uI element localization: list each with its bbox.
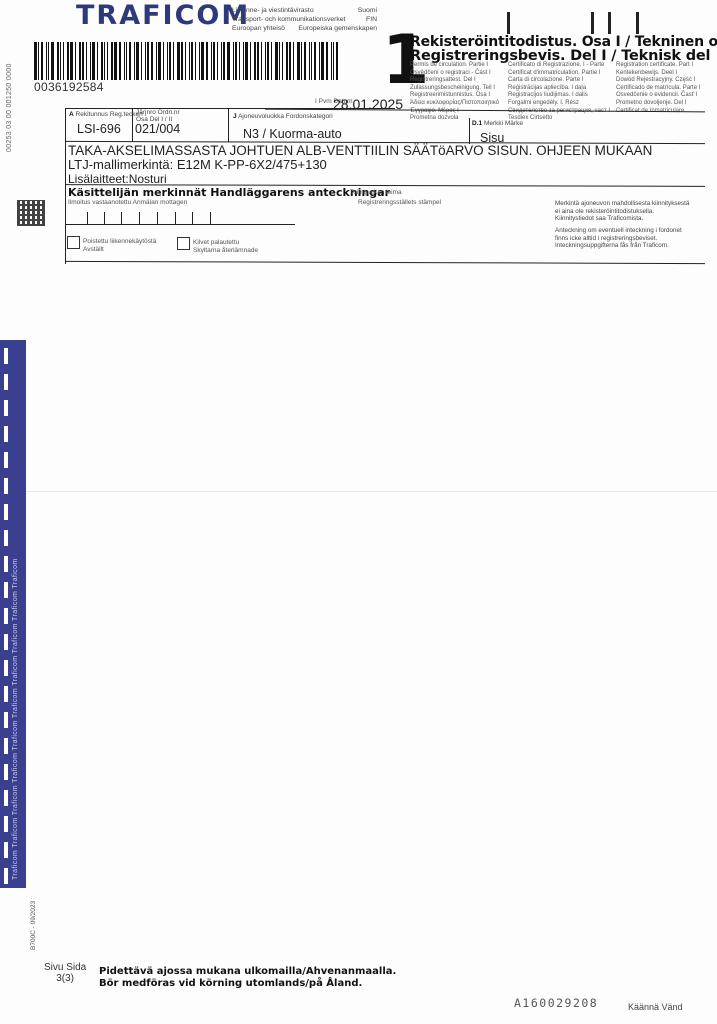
lang-title: Carta di circolazione. Parte I bbox=[508, 77, 610, 85]
tick-mark bbox=[591, 12, 594, 34]
page-label: Sivu Sida bbox=[44, 962, 86, 973]
removed-from-traffic-label: Poistettu liikennekäytöstäAvställt bbox=[83, 238, 156, 254]
security-band-text: Traficom Traficom Traficom Traficom Traf… bbox=[12, 558, 19, 880]
lang-title: Certificat d'immatriculation. Partie I bbox=[508, 70, 610, 78]
page-value: 3(3) bbox=[44, 973, 86, 984]
handler-notes-title: Käsittelijän merkinnät Handläggarens ant… bbox=[68, 186, 390, 199]
carry-notice-fi: Pidettävä ajossa mukana ulkomailla/Ahven… bbox=[99, 966, 396, 977]
date-entry-line bbox=[65, 224, 295, 225]
form-code: B700C - 09/2023 bbox=[30, 901, 37, 950]
serial-number: A160029208 bbox=[514, 996, 598, 1010]
barcode-icon bbox=[34, 42, 344, 80]
vertical-document-code: 00253 03 00 001250 0000 bbox=[6, 63, 13, 152]
divider bbox=[469, 118, 470, 144]
mortgage-note-sv: Anteckning om eventuell inteckning i for… bbox=[555, 227, 682, 250]
divider bbox=[65, 108, 66, 264]
agency-line-fi: Liikenne- ja viestintävirasto bbox=[232, 6, 314, 15]
lang-title: Osvedčenie o evidencii. Časť I bbox=[616, 92, 700, 100]
lang-title: Άδεια κυκλοφορίας/Πιστοποιητικό bbox=[410, 100, 499, 108]
lang-title: Registration certificate. Part I bbox=[616, 62, 700, 70]
carry-notice-sv: Bör medföras vid körning utomlands/på Ål… bbox=[99, 978, 362, 989]
tick-mark bbox=[608, 12, 611, 34]
datamatrix-code-icon bbox=[17, 200, 45, 226]
agency-name: Liikenne- ja viestintävirastoSuomi Trans… bbox=[232, 6, 377, 33]
stamp-label-sv: Registreringsställets stämpel bbox=[358, 199, 441, 207]
notice-received-label: Ilmoitus vastaanotettu Anmälan mottagen bbox=[68, 199, 187, 207]
tick-mark bbox=[507, 12, 510, 34]
barcode-number: 0036192584 bbox=[34, 80, 104, 94]
agency-country-code: FIN bbox=[366, 15, 377, 24]
plates-returned-checkbox[interactable] bbox=[177, 237, 190, 250]
lang-title: Certificato di Registrazione. I - Parte bbox=[508, 62, 610, 70]
stamp-label-fi: Toimipaikan leima bbox=[350, 189, 402, 197]
mortgage-note-fi: Merkintä ajoneuvon mahdollisesta kiinnit… bbox=[555, 200, 689, 223]
agency-line-sv: Transport- och kommunikationsverket bbox=[232, 15, 345, 24]
agency-line-eu-fi: Euroopan yhteisö bbox=[232, 24, 285, 33]
agency-country-fi: Suomi bbox=[358, 6, 377, 15]
tick-mark bbox=[636, 12, 639, 34]
security-band: Traficom Traficom Traficom Traficom Traf… bbox=[0, 340, 26, 888]
divider bbox=[65, 261, 705, 265]
lang-title: Forgalmi engedély. I. Rész bbox=[508, 100, 610, 108]
remark-line: Lisälaitteet:Nosturi bbox=[68, 171, 167, 187]
page-indicator: Sivu Sida 3(3) bbox=[44, 962, 86, 984]
lang-title: Reģistrācijas apliecība. I daļa bbox=[508, 85, 610, 93]
registration-number: LSI-696 bbox=[77, 122, 121, 136]
agency-line-eu-sv: Europeiska gemenskapen bbox=[298, 24, 377, 33]
divider bbox=[228, 108, 229, 142]
field-d1-label: D.1 Merkki Märke bbox=[472, 120, 523, 127]
plates-returned-label: Kilvet palautettuSkyltarna återlämnade bbox=[193, 239, 258, 255]
lang-title: Prometno dovoljenje. Del I bbox=[616, 100, 700, 108]
lang-title: Osvědčení o registraci - Část I bbox=[410, 70, 499, 78]
lang-title: Registreringsattest. Del I bbox=[410, 77, 499, 85]
traficom-logo: TRAFICOM bbox=[76, 0, 250, 31]
fold-line bbox=[0, 491, 717, 492]
turn-over-label: Käännä Vänd bbox=[628, 1002, 683, 1012]
field-a-label: A Rekitunnus Reg.tecken bbox=[69, 111, 143, 118]
field-j-label: J Ajoneuvoluokka Fordonskategori bbox=[233, 113, 333, 120]
registration-form: A Rekitunnus Reg.tecken LSI-696 Järjnro … bbox=[65, 108, 705, 264]
lang-title: Permis de circulation. Partie I bbox=[410, 62, 499, 70]
lang-title: Kentekenbewijs. Deel I bbox=[616, 70, 700, 78]
removed-from-traffic-checkbox[interactable] bbox=[67, 236, 80, 249]
lang-title: Zulassungsbescheinigung. Teil I bbox=[410, 85, 499, 93]
vehicle-category: N3 / Kuorma-auto bbox=[243, 127, 342, 141]
order-number: 021/004 bbox=[135, 122, 180, 136]
lang-title: Dowód Rejestracyjny. Część I bbox=[616, 77, 700, 85]
lang-title: Registracijos liudijimas. I dalis bbox=[508, 92, 610, 100]
lang-title: Registreerimistunnistus. Osa I bbox=[410, 92, 499, 100]
